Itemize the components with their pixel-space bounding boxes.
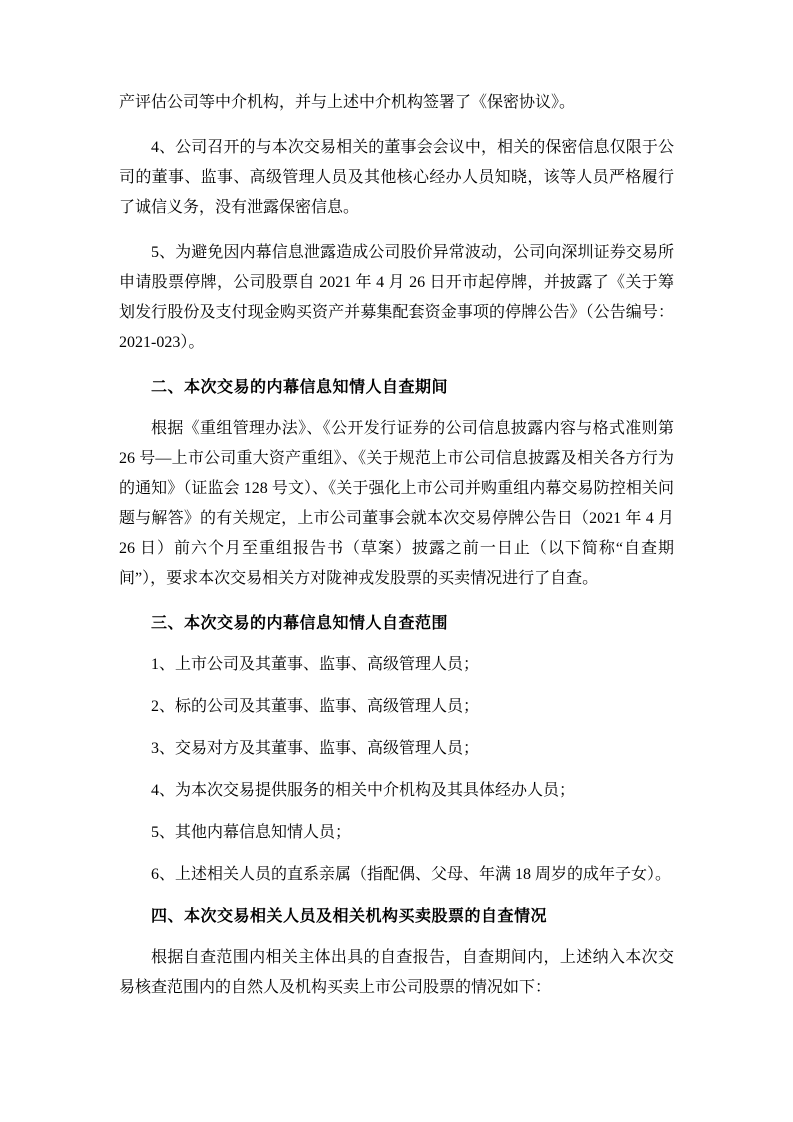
document-page: 产评估公司等中介机构，并与上述中介机构签署了《保密协议》。 4、公司召开的与本次… (0, 0, 793, 1122)
paragraph-item-4-board-meeting: 4、公司召开的与本次交易相关的董事会会议中，相关的保密信息仅限于公司的董事、监事… (119, 133, 674, 223)
paragraph-item-5-trading-halt: 5、为避免因内幕信息泄露造成公司股价异常波动，公司向深圳证券交易所申请股票停牌，… (119, 238, 674, 358)
paragraph-section-4-intro: 根据自查范围内相关主体出具的自查报告，自查期间内，上述纳入本次交易核查范围内的自… (119, 943, 674, 1003)
scope-list-item-4: 4、为本次交易提供服务的相关中介机构及其具体经办人员； (119, 776, 674, 806)
continued-paragraph-confidentiality: 产评估公司等中介机构，并与上述中介机构签署了《保密协议》。 (119, 88, 674, 118)
scope-list-item-3: 3、交易对方及其董事、监事、高级管理人员； (119, 734, 674, 764)
scope-list-item-1: 1、上市公司及其董事、监事、高级管理人员； (119, 650, 674, 680)
paragraph-section-2-regulations: 根据《重组管理办法》、《公开发行证券的公司信息披露内容与格式准则第 26 号—上… (119, 414, 674, 594)
section-heading-4-trading-self-inspection-results: 四、本次交易相关人员及相关机构买卖股票的自查情况 (119, 902, 674, 932)
scope-list-item-2: 2、标的公司及其董事、监事、高级管理人员； (119, 692, 674, 722)
scope-list-item-6: 6、上述相关人员的直系亲属（指配偶、父母、年满 18 周岁的成年子女）。 (119, 860, 674, 890)
section-heading-2-self-inspection-period: 二、本次交易的内幕信息知情人自查期间 (119, 373, 674, 403)
section-heading-3-self-inspection-scope: 三、本次交易的内幕信息知情人自查范围 (119, 609, 674, 639)
scope-list-item-5: 5、其他内幕信息知情人员； (119, 818, 674, 848)
